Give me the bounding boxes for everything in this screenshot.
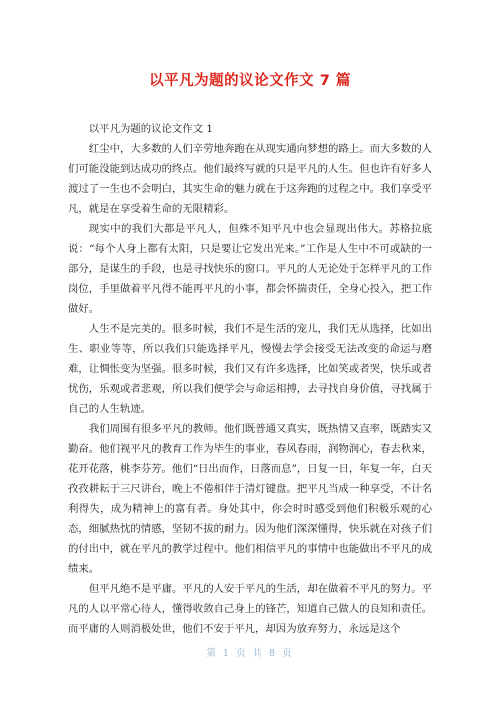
- document-page: 以平凡为题的议论文作文 7 篇 以平凡为题的议论文作文 1 红尘中，大多数的人们…: [0, 0, 500, 707]
- paragraph: 但平凡绝不是平庸。平凡的人安于平凡的生活，却在做着不平凡的努力。平凡的人以平常心…: [68, 579, 432, 639]
- paragraph: 人生不是完美的。很多时候，我们不是生活的宠儿，我们无从选择，比如出生、职业等等，…: [68, 319, 432, 419]
- paragraph: 红尘中，大多数的人们辛劳地奔跑在从现实通向梦想的路上。而大多数的人们可能没能到达…: [68, 139, 432, 219]
- document-body: 以平凡为题的议论文作文 1 红尘中，大多数的人们辛劳地奔跑在从现实通向梦想的路上…: [68, 119, 432, 639]
- paragraph: 现实中的我们大都是平凡人，但殊不知平凡中也会显现出伟大。苏格拉底说：“每个人身上…: [68, 219, 432, 319]
- page-number-indicator: 第 1 页 共 8 页: [0, 645, 500, 659]
- document-title: 以平凡为题的议论文作文 7 篇: [0, 0, 500, 91]
- paragraph: 我们周围有很多平凡的教师。他们既普通又真实，既热情又直率，既踏实又勤奋。他们视平…: [68, 419, 432, 579]
- section-heading: 以平凡为题的议论文作文 1: [68, 119, 432, 139]
